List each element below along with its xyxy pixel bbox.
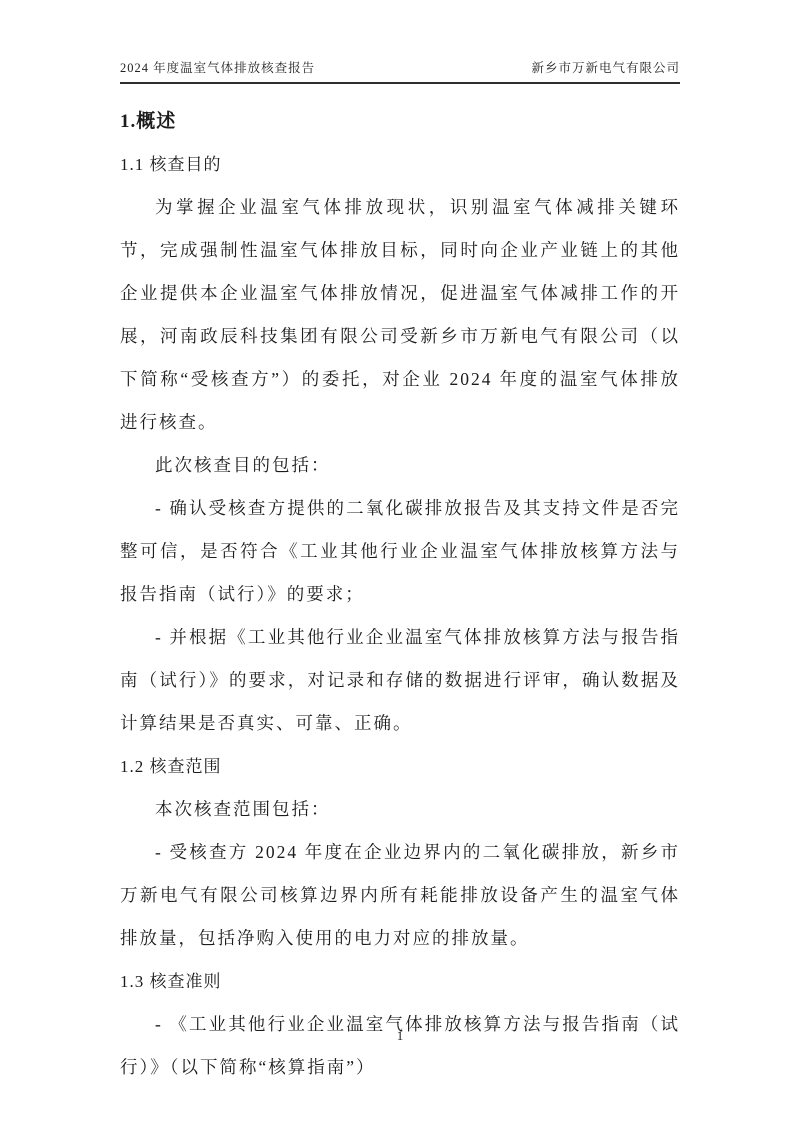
subsection-heading-1-1: 1.1 核查目的 — [120, 143, 680, 186]
paragraph-purpose-item-1: - 确认受核查方提供的二氧化碳排放报告及其支持文件是否完整可信，是否符合《工业其… — [120, 487, 680, 616]
subsection-heading-1-2: 1.2 核查范围 — [120, 745, 680, 788]
paragraph-criteria-item-1: - 《工业其他行业企业温室气体排放核算方法与报告指南（试行）》（以下简称“核算指… — [120, 1003, 680, 1089]
paragraph-scope-lead-in: 本次核查范围包括： — [120, 788, 680, 831]
page-header: 2024 年度温室气体排放核查报告 新乡市万新电气有限公司 — [120, 58, 680, 84]
section-title: 1.概述 — [120, 100, 680, 143]
paragraph-purpose-intro: 为掌握企业温室气体排放现状，识别温室气体减排关键环节，完成强制性温室气体排放目标… — [120, 186, 680, 444]
paragraph-purpose-lead-in: 此次核查目的包括： — [120, 444, 680, 487]
header-company-name: 新乡市万新电气有限公司 — [531, 58, 680, 76]
subsection-heading-1-3: 1.3 核查准则 — [120, 960, 680, 1003]
page-footer: 1 — [0, 1028, 800, 1044]
document-body: 1.概述 1.1 核查目的 为掌握企业温室气体排放现状，识别温室气体减排关键环节… — [120, 100, 680, 1089]
header-report-title: 2024 年度温室气体排放核查报告 — [120, 58, 315, 76]
page-number: 1 — [397, 1028, 404, 1043]
document-page: 2024 年度温室气体排放核查报告 新乡市万新电气有限公司 1.概述 1.1 核… — [0, 0, 800, 1131]
paragraph-purpose-item-2: - 并根据《工业其他行业企业温室气体排放核算方法与报告指南（试行）》的要求，对记… — [120, 616, 680, 745]
paragraph-scope-item-1: - 受核查方 2024 年度在企业边界内的二氧化碳排放，新乡市万新电气有限公司核… — [120, 831, 680, 960]
